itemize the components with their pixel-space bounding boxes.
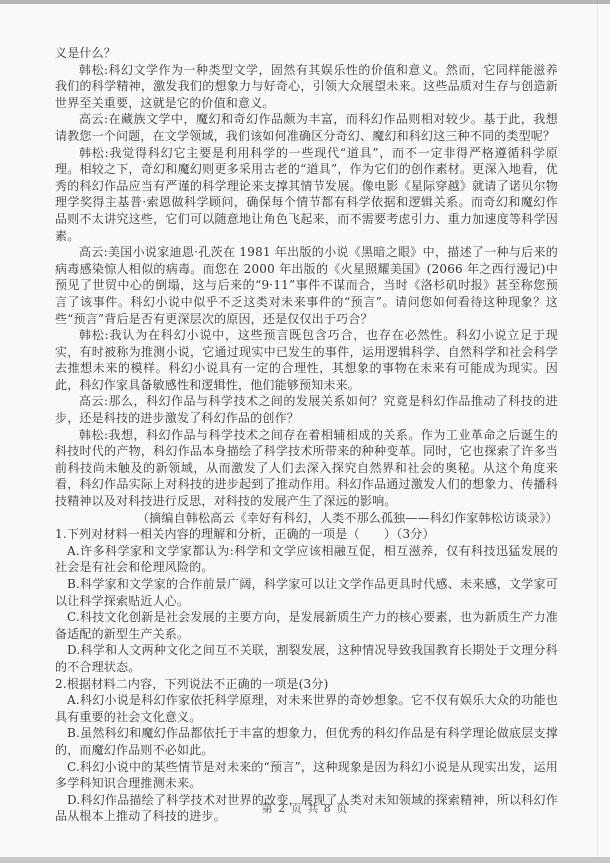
interview-paragraph-gaoyun: 高云:美国小说家迪恩·孔茨在 1981 年出版的小说《黑暗之眼》中，描述了一种与… <box>55 244 558 327</box>
scan-edge-top <box>0 0 610 4</box>
question-2-option-a: A.科幻小说是科幻作家依托科学原理，对未来世界的奇妙想象。它不仅有娱乐大众的功能… <box>55 692 558 725</box>
question-2-option-b: B.虽然科幻和魔幻作品都依托于丰富的想象力，但优秀的科幻作品是有科学理论做底层支… <box>55 725 558 758</box>
interview-paragraph-gaoyun: 高云:那么，科幻作品与科学技术之间的发展关系如何？究竟是科幻作品推动了科技的进步… <box>55 393 558 426</box>
scan-edge-bottom <box>0 857 610 863</box>
question-2-option-c: C.科幻小说中的某些情节是对未来的“预言”，这种现象是因为科幻小说是从现实出发，… <box>55 759 558 792</box>
interview-paragraph-hansong: 韩松:我认为在科幻小说中，这些预言既包含巧合，也存在必然性。科幻小说立足于现实，… <box>55 327 558 393</box>
source-citation: （摘编自韩松高云《幸好有科幻，人类不那么孤独——科幻作家韩松访谈录》） <box>55 510 558 527</box>
page-content: 义是什么？ 韩松:科幻文学作为一种类型文学，固然有其娱乐性的价值和意义。然而，它… <box>55 45 558 825</box>
question-1-option-b: B.科学家和文学家的合作前景广阔，科学家可以让文学作品更具时代感、未来感，文学家… <box>55 576 558 609</box>
interview-paragraph-continuation: 义是什么？ <box>55 45 558 62</box>
exam-scan-page: 义是什么？ 韩松:科幻文学作为一种类型文学，固然有其娱乐性的价值和意义。然而，它… <box>0 0 610 863</box>
question-1-stem: 1.下列对材料一相关内容的理解和分析，正确的一项是（ ）（3分） <box>55 526 558 543</box>
interview-paragraph-hansong: 韩松:我想，科幻作品与科学技术之间存在着相辅相成的关系。作为工业革命之后诞生的科… <box>55 427 558 510</box>
question-2-stem: 2.根据材料二内容，下列说法不正确的一项是(3分) <box>55 676 558 693</box>
page-number: 第 2 页 共 8 页 <box>0 800 610 816</box>
interview-paragraph-hansong: 韩松:科幻文学作为一种类型文学，固然有其娱乐性的价值和意义。然而，它同样能滋养我… <box>55 62 558 112</box>
question-1-option-a: A.许多科学家和文学家都认为:科学和文学应该相融互促，相互滋养，仅有科技迅猛发展… <box>55 543 558 576</box>
question-1-option-d: D.科学和人文两种文化之间互不关联，割裂发展，这种情况导致我国教育长期处于文理分… <box>55 642 558 675</box>
interview-paragraph-hansong: 韩松:我觉得科幻它主要是利用科学的一些现代“道具”，而不一定非得严格遵循科学原理… <box>55 145 558 245</box>
interview-paragraph-gaoyun: 高云:在藏族文学中，魔幻和奇幻作品颇为丰富，而科幻作品则相对较少。基于此，我想请… <box>55 111 558 144</box>
scan-edge-right <box>597 0 598 863</box>
question-1-option-c: C.科技文化创新是社会发展的主要方向，是发展新质生产力的核心要素，也为新质生产力… <box>55 609 558 642</box>
